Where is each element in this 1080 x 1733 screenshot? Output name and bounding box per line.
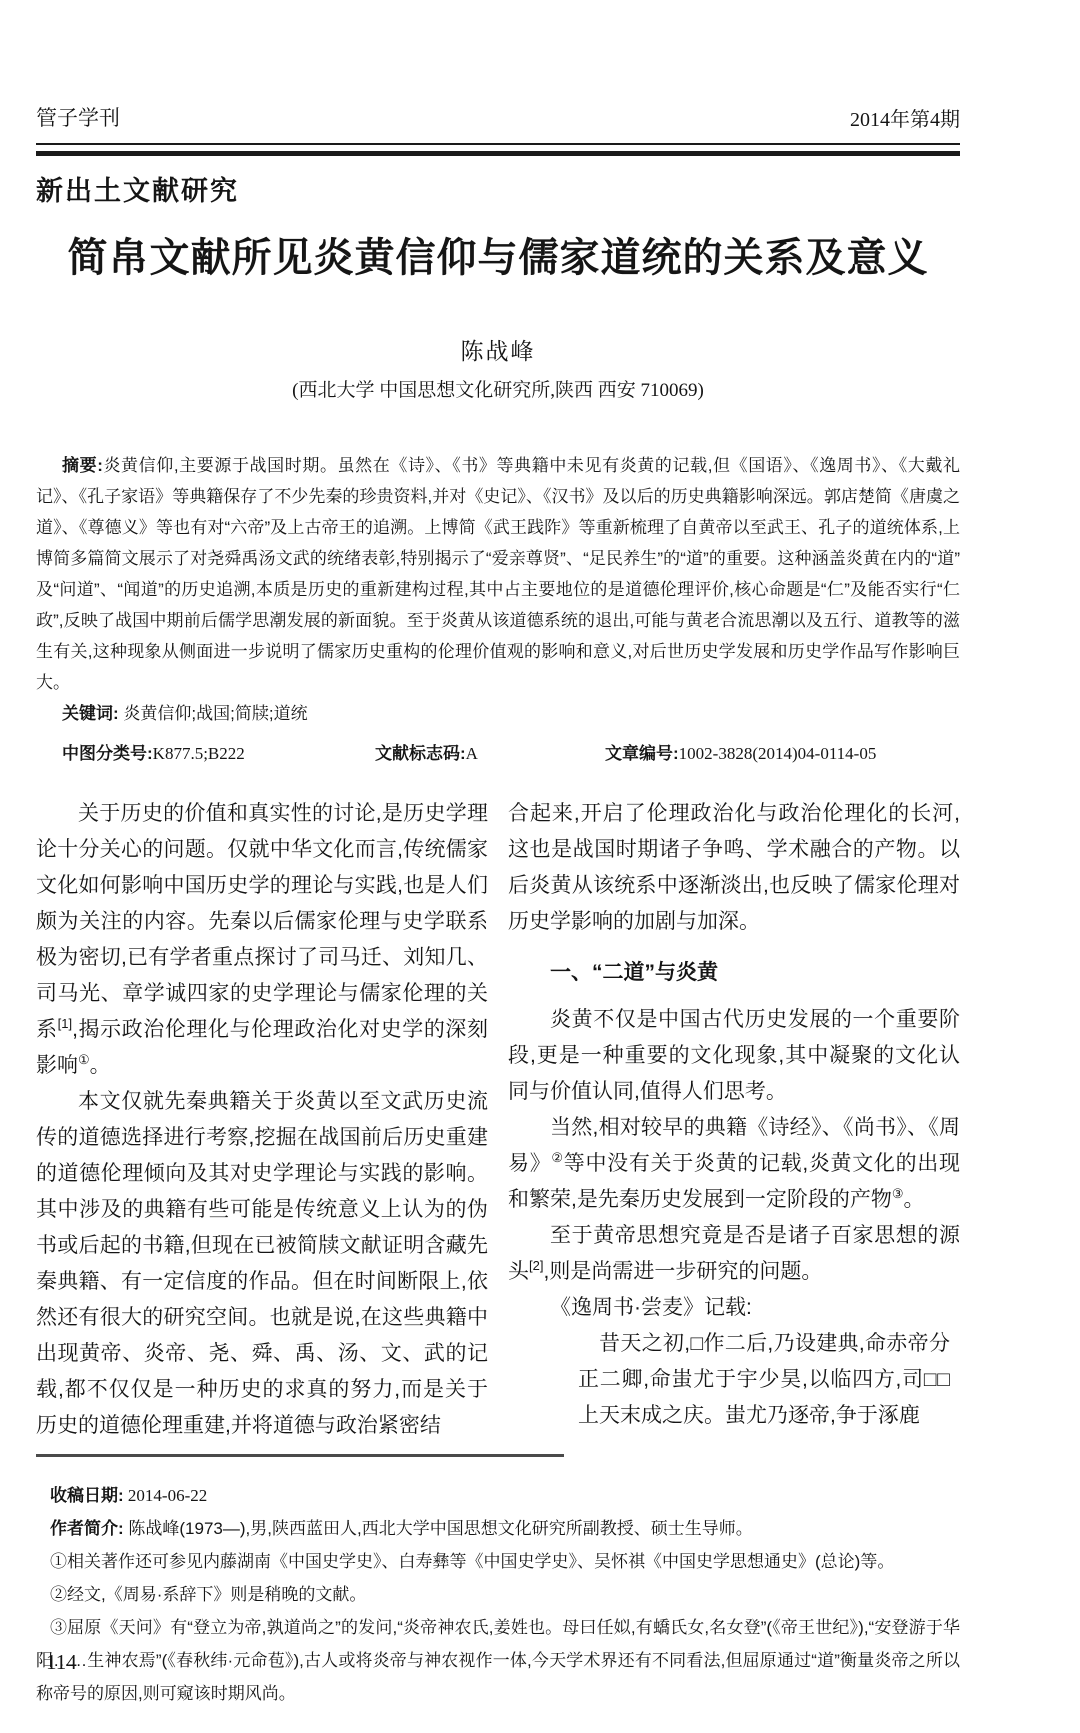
clc-item: 中图分类号:K877.5;B222 xyxy=(62,738,375,769)
author-bio-label: 作者简介: xyxy=(50,1519,124,1538)
article-id-value: 1002-3828(2014)04-0114-05 xyxy=(679,744,877,763)
abstract-block: 摘要:炎黄信仰,主要源于战国时期。虽然在《诗》、《书》等典籍中未见有炎黄的记载,… xyxy=(36,450,960,769)
abstract-text: 炎黄信仰,主要源于战国时期。虽然在《诗》、《书》等典籍中未见有炎黄的记载,但《国… xyxy=(36,456,960,692)
article-id-label: 文章编号: xyxy=(605,744,679,763)
received-date-value: 2014-06-22 xyxy=(124,1486,208,1505)
body-paragraph-continuation: 合起来,开启了伦理政治化与政治伦理化的长河,这也是战国时期诸子争鸣、学术融合的产… xyxy=(508,796,960,940)
keywords-line: 关键词: 炎黄信仰;战国;简牍;道统 xyxy=(36,698,960,729)
article-title: 简帛文献所见炎黄信仰与儒家道统的关系及意义 xyxy=(36,226,960,283)
body-columns: 关于历史的价值和真实性的讨论,是历史学理论十分关心的问题。仅就中华文化而言,传统… xyxy=(36,796,960,1444)
received-date-label: 收稿日期: xyxy=(50,1486,124,1505)
left-column: 关于历史的价值和真实性的讨论,是历史学理论十分关心的问题。仅就中华文化而言,传统… xyxy=(36,796,488,1444)
journal-name: 管子学刊 xyxy=(36,102,120,132)
column-section-label: 新出土文献研究 xyxy=(36,169,960,208)
right-column: 合起来,开启了伦理政治化与政治伦理化的长河,这也是战国时期诸子争鸣、学术融合的产… xyxy=(508,796,960,1444)
author-bio-line: 作者简介: 陈战峰(1973—),男,陕西蓝田人,西北大学中国思想文化研究所副教… xyxy=(36,1512,960,1545)
footnote-rule xyxy=(36,1454,564,1457)
footnote-1: ①相关著作还可参见内藤湖南《中国史学史》、白寿彝等《中国史学史》、吴怀祺《中国史… xyxy=(36,1545,960,1578)
body-paragraph: 本文仅就先秦典籍关于炎黄以至文武历史流传的道德选择进行考察,挖掘在战国前后历史重… xyxy=(36,1084,488,1444)
article-id-item: 文章编号:1002-3828(2014)04-0114-05 xyxy=(605,738,876,769)
author-bio-text: 陈战峰(1973—),男,陕西蓝田人,西北大学中国思想文化研究所副教授、硕士生导… xyxy=(124,1519,753,1538)
keywords-label: 关键词: xyxy=(62,704,119,723)
section-heading: 一、“二道”与炎黄 xyxy=(508,955,960,991)
running-head: 管子学刊 2014年第4期 xyxy=(36,0,960,132)
doc-code-value: A xyxy=(466,744,478,763)
footnote-2: ②经文,《周易·系辞下》则是稍晚的文献。 xyxy=(36,1578,960,1611)
abstract-label: 摘要: xyxy=(62,456,103,475)
meta-row: 中图分类号:K877.5;B222 文献标志码:A 文章编号:1002-3828… xyxy=(36,738,960,769)
received-date-line: 收稿日期: 2014-06-22 xyxy=(36,1479,960,1512)
header-rule-thick xyxy=(36,151,960,156)
author-affiliation: (西北大学 中国思想文化研究所,陕西 西安 710069) xyxy=(36,375,960,402)
journal-page: 管子学刊 2014年第4期 新出土文献研究 简帛文献所见炎黄信仰与儒家道统的关系… xyxy=(0,0,1080,1733)
page-number: 114 xyxy=(46,1650,77,1675)
footnotes-block: 收稿日期: 2014-06-22 作者简介: 陈战峰(1973—),男,陕西蓝田… xyxy=(36,1479,960,1710)
abstract-paragraph: 摘要:炎黄信仰,主要源于战国时期。虽然在《诗》、《书》等典籍中未见有炎黄的记载,… xyxy=(36,450,960,698)
doc-code-label: 文献标志码: xyxy=(375,744,466,763)
keywords-text: 炎黄信仰;战国;简牍;道统 xyxy=(119,704,308,723)
body-paragraph: 《逸周书·尝麦》记载: xyxy=(508,1290,960,1326)
body-paragraph: 至于黄帝思想究竟是否是诸子百家思想的源头[2],则是尚需进一步研究的问题。 xyxy=(508,1218,960,1290)
body-paragraph: 关于历史的价值和真实性的讨论,是历史学理论十分关心的问题。仅就中华文化而言,传统… xyxy=(36,796,488,1084)
footnote-3: ③屈原《天问》有“登立为帝,孰道尚之”的发问,“炎帝神农氏,姜姓也。母曰任姒,有… xyxy=(36,1611,960,1710)
page-content: 管子学刊 2014年第4期 新出土文献研究 简帛文献所见炎黄信仰与儒家道统的关系… xyxy=(36,0,960,1710)
issue-label: 2014年第4期 xyxy=(850,103,960,132)
doc-code-item: 文献标志码:A xyxy=(375,738,605,769)
clc-label: 中图分类号: xyxy=(62,744,153,763)
header-rule-thin xyxy=(36,143,960,145)
author-name: 陈战峰 xyxy=(36,333,960,366)
body-paragraph: 炎黄不仅是中国古代历史发展的一个重要阶段,更是一种重要的文化现象,其中凝聚的文化… xyxy=(508,1002,960,1110)
block-quote: 昔天之初,□作二后,乃设建典,命赤帝分正二卿,命蚩尤于宇少昊,以临四方,司□□上… xyxy=(578,1326,950,1434)
clc-value: K877.5;B222 xyxy=(153,744,245,763)
body-paragraph: 当然,相对较早的典籍《诗经》、《尚书》、《周易》②等中没有关于炎黄的记载,炎黄文… xyxy=(508,1110,960,1218)
